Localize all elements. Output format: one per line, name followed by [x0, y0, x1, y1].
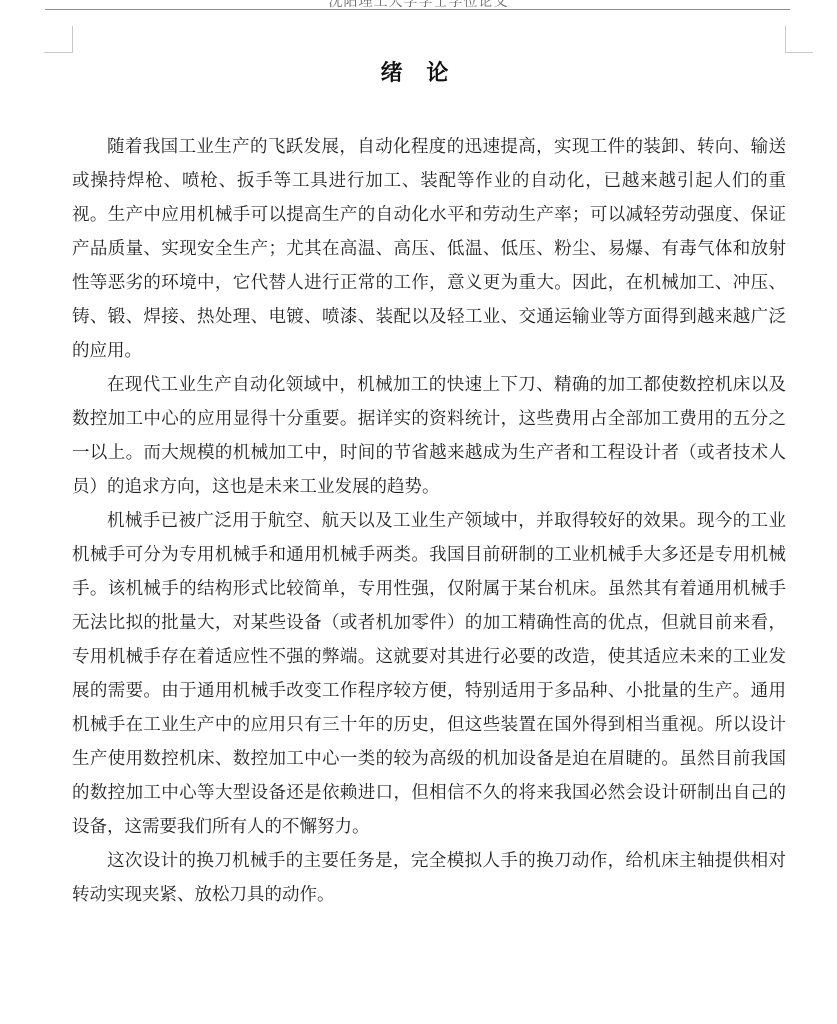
paragraph: 在现代工业生产自动化领域中，机械加工的快速上下刀、精确的加工都使数控机床以及数控…: [72, 368, 786, 504]
crop-mark-top-right-horizontal: [785, 52, 813, 53]
section-title: 绪 论: [0, 56, 837, 87]
paragraph: 随着我国工业生产的飞跃发展，自动化程度的迅速提高，实现工件的装卸、转向、输送或操…: [72, 130, 786, 368]
crop-mark-top-left-vertical: [72, 26, 73, 53]
paragraph: 这次设计的换刀机械手的主要任务是，完全模拟人手的换刀动作，给机床主轴提供相对转动…: [72, 844, 786, 912]
crop-mark-top-right-vertical: [785, 26, 786, 53]
paragraph: 机械手已被广泛用于航空、航天以及工业生产领域中，并取得较好的效果。现今的工业机械…: [72, 504, 786, 844]
crop-mark-top-left-horizontal: [44, 52, 72, 53]
body-text: 随着我国工业生产的飞跃发展，自动化程度的迅速提高，实现工件的装卸、转向、输送或操…: [72, 130, 786, 912]
header-rule: [45, 9, 790, 10]
